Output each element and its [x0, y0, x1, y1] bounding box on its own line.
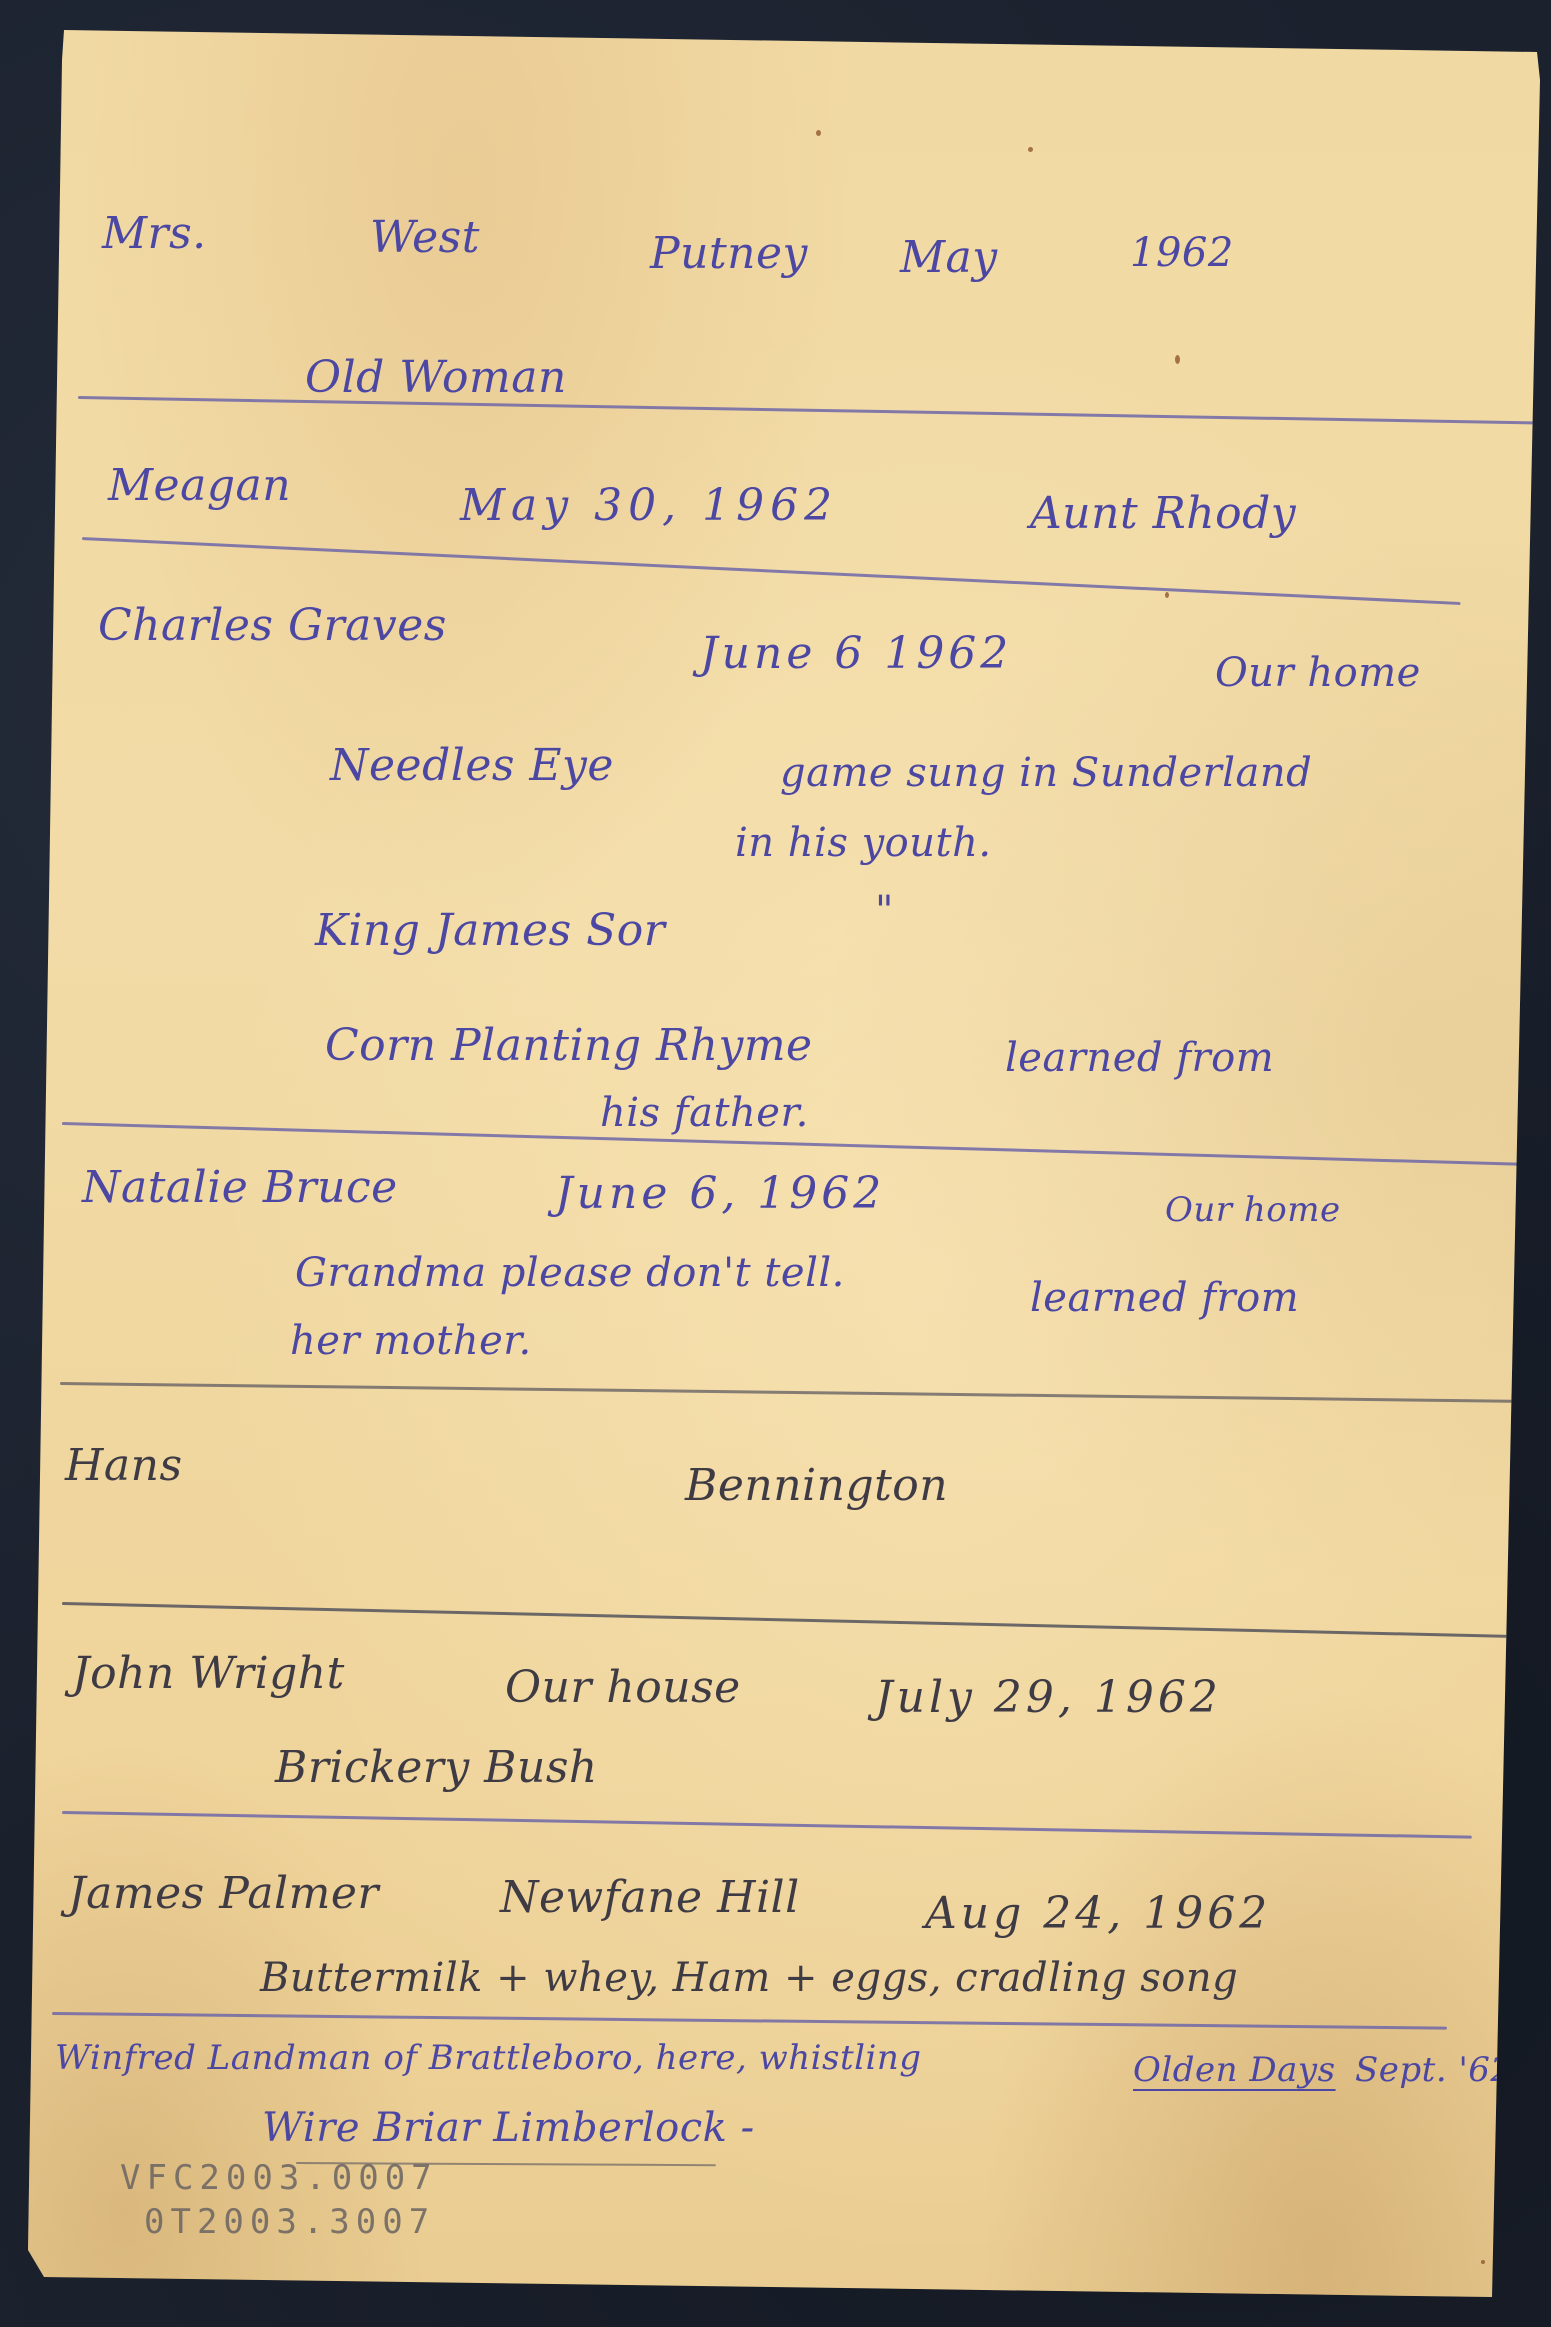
entry-name: West [370, 212, 480, 263]
entry-song: Grandma please don't tell. [295, 1250, 845, 1296]
divider-line [82, 537, 1461, 605]
entry-name: Winfred Landman of Brattleboro, here, wh… [55, 2038, 922, 2078]
entry-name: John Wright [72, 1648, 345, 1699]
song-note: learned from [1030, 1275, 1299, 1321]
foxing-spot [1175, 355, 1180, 364]
divider-line [62, 1811, 1472, 1839]
divider-line [62, 1602, 1532, 1638]
song-title: King James Sor [315, 905, 665, 956]
entry-place: Bennington [685, 1460, 948, 1511]
entry-place: Our home [1165, 1190, 1341, 1230]
entry-song: Brickery Bush [275, 1742, 598, 1793]
entry-song: Olden Days [1133, 2050, 1336, 2090]
song-title: Corn Planting Rhyme [325, 1020, 813, 1071]
entry-song-2: Wire Briar Limberlock - [262, 2105, 755, 2151]
entry-place: Putney [650, 228, 808, 279]
entry-date: June 6 1962 [700, 628, 1012, 679]
paper-sheet: Mrs. West Putney May 1962 Old Woman Meag… [0, 0, 1551, 2327]
foxing-spot [1481, 2260, 1485, 2264]
entry-name: Hans [65, 1440, 183, 1491]
catalog-number-primary: VFC2003.0007 [120, 2158, 438, 2198]
entry-name: Meagan [108, 460, 291, 511]
entry-place: Our house [505, 1662, 741, 1713]
catalog-number-secondary: 0T2003.3007 [144, 2202, 435, 2242]
entry-song: Aunt Rhody [1030, 488, 1296, 539]
ditto-mark: " [875, 888, 894, 934]
entry-date: July 29, 1962 [875, 1672, 1222, 1723]
song-note-continued: his father. [600, 1090, 809, 1136]
entry-date: June 6, 1962 [555, 1168, 885, 1219]
foxing-spot [816, 130, 821, 136]
entry-song: Old Woman [305, 352, 567, 403]
entry-name: Charles Graves [98, 600, 447, 651]
song-note: game sung in Sunderland [780, 750, 1312, 796]
entry-year: 1962 [1130, 230, 1234, 276]
song-note-continued: in his youth. [735, 820, 992, 866]
foxing-spot [1165, 592, 1169, 598]
entry-name: Natalie Bruce [82, 1162, 398, 1213]
entry-month: May [900, 232, 998, 283]
entry-songs: Buttermilk + whey, Ham + eggs, cradling … [260, 1955, 1238, 2001]
song-title: Needles Eye [330, 740, 614, 791]
entry-date: Sept. '62 [1355, 2050, 1513, 2090]
entry-date: Aug 24, 1962 [925, 1888, 1271, 1939]
divider-line [52, 2012, 1447, 2030]
entry-name: James Palmer [68, 1868, 379, 1919]
entry-place: Newfane Hill [500, 1872, 800, 1923]
entry-title: Mrs. [102, 208, 207, 259]
foxing-spot [1028, 147, 1033, 152]
divider-line [78, 396, 1538, 424]
divider-line [60, 1382, 1540, 1403]
entry-place: Our home [1215, 650, 1421, 696]
song-note: learned from [1005, 1035, 1274, 1081]
song-note-continued: her mother. [290, 1318, 532, 1364]
entry-date: May 30, 1962 [460, 480, 838, 531]
